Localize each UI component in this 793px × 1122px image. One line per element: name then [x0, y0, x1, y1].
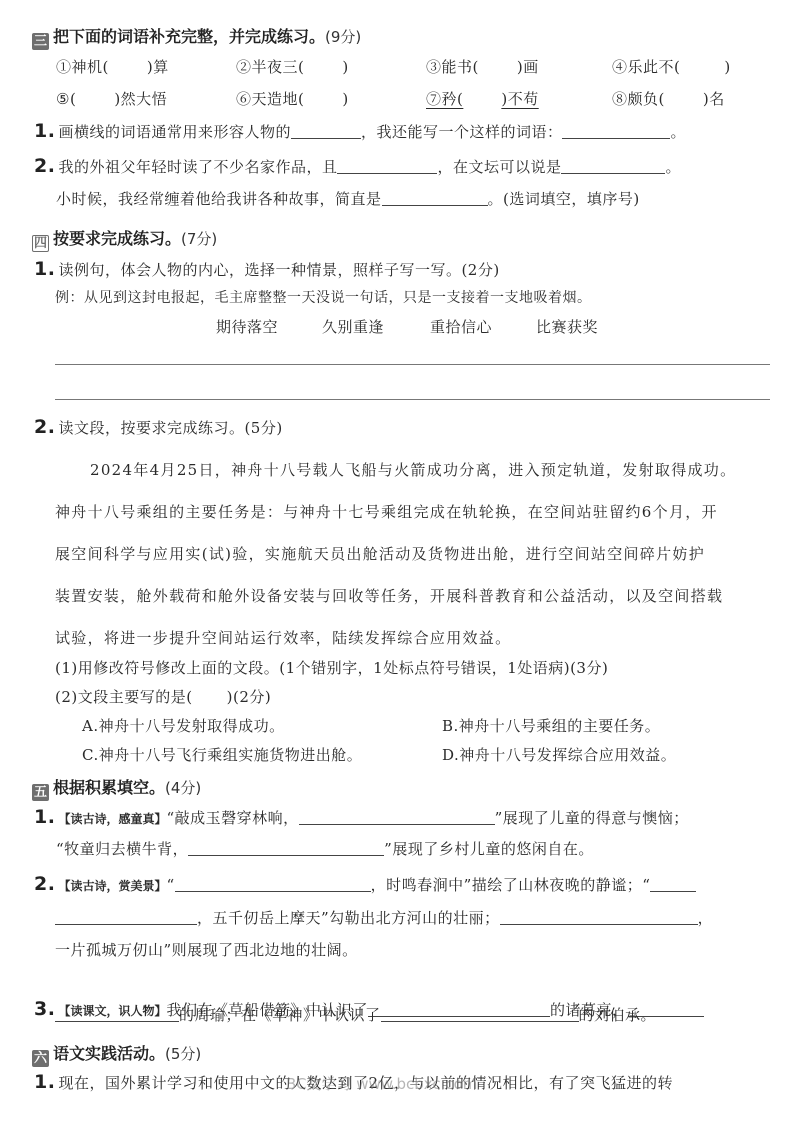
- scenario-2: 久别重逢: [322, 316, 384, 337]
- question-5-2-line3: 一片孤城万仞山”则展现了西北边地的壮阔。: [55, 939, 358, 960]
- section-number-badge: 五: [32, 784, 49, 801]
- word-item-7-underlined: ⑦矜()不苟: [426, 88, 539, 109]
- answer-blank[interactable]: [175, 877, 371, 892]
- section-3-heading: 三把下面的词语补充完整，并完成练习。(9分): [32, 24, 361, 50]
- section-points: (4分): [165, 779, 201, 797]
- question-5-3-line2-content: 的周瑜；在《军神》中认识了的刘伯承。: [55, 1004, 656, 1025]
- answer-blank[interactable]: [382, 191, 488, 206]
- option-d[interactable]: D.神舟十八号发挥综合应用效益。: [442, 744, 676, 765]
- passage-line-3: 展空间科学与应用实(试)验，实施航天员出舱活动及货物进出舱，进行空间站空间碎片妨…: [55, 543, 705, 564]
- section-number-badge: 四: [32, 235, 49, 252]
- section-points: (9分): [325, 28, 361, 46]
- question-3-2: 2.我的外祖父年轻时读了不少名家作品，且，在文坛可以说是。: [34, 155, 681, 177]
- passage-line-2: 神舟十八号乘组的主要任务是：与神舟十七号乘组完成在轨轮换，在空间站驻留约6个月，…: [55, 501, 718, 522]
- question-3-1: 1.画横线的词语通常用来形容人物的，我还能写一个这样的词语：。: [34, 120, 686, 142]
- question-3-2-line2: 小时候，我经常缠着他给我讲各种故事，简直是。(选词填空，填序号): [56, 188, 640, 209]
- section-5-heading: 五根据积累填空。(4分): [32, 775, 201, 801]
- section-title: 根据积累填空。: [53, 778, 165, 797]
- scenario-4: 比赛获奖: [536, 316, 598, 337]
- question-4-1: 1.读例句，体会人物的内心，选择一种情景，照样子写一写。(2分): [34, 258, 500, 280]
- answer-blank[interactable]: [188, 841, 384, 856]
- answer-blank[interactable]: [381, 1007, 579, 1022]
- word-item-8: ⑧颇负()名: [612, 88, 725, 109]
- sub-question-2: (2)文段主要写的是()(2分): [55, 686, 271, 707]
- word-item-5: ⑤()然大悟: [56, 88, 167, 109]
- answer-blank[interactable]: [55, 910, 197, 925]
- section-points: (5分): [165, 1045, 201, 1063]
- answer-blank[interactable]: [500, 910, 698, 925]
- question-5-1-line2: “牧童归去横牛背，”展现了乡村儿童的悠闲自在。: [56, 838, 594, 859]
- word-item-2: ②半夜三(): [236, 56, 349, 77]
- answer-blank[interactable]: [337, 159, 437, 174]
- section-title: 把下面的词语补充完整，并完成练习。: [53, 27, 325, 46]
- question-tag: 【读古诗，赏美景】: [58, 879, 166, 893]
- scenario-3: 重拾信心: [430, 316, 492, 337]
- option-c[interactable]: C.神舟十八号飞行乘组实施货物进出舱。: [82, 744, 362, 765]
- word-item-1: ①神机()算: [56, 56, 169, 77]
- passage-line-5: 试验，将进一步提升空间站运行效率，陆续发挥综合应用效益。: [55, 627, 511, 648]
- word-item-4: ④乐此不(): [612, 56, 731, 77]
- answer-blank[interactable]: [561, 159, 665, 174]
- answer-blank[interactable]: [55, 1007, 179, 1022]
- section-title: 按要求完成练习。: [53, 229, 181, 248]
- answer-blank[interactable]: [650, 877, 696, 892]
- section-points: (7分): [181, 230, 217, 248]
- question-5-2: 2.【读古诗，赏美景】“，时鸣春涧中”描绘了山林夜晚的静谧；“: [34, 873, 696, 895]
- section-number-badge: 三: [32, 33, 49, 50]
- word-item-6: ⑥天造地(): [236, 88, 349, 109]
- option-a[interactable]: A.神舟十八号发射取得成功。: [82, 715, 285, 736]
- answer-blank[interactable]: [562, 124, 670, 139]
- section-6-heading: 六语文实践活动。(5分): [32, 1041, 201, 1067]
- section-4-heading: 四按要求完成练习。(7分): [32, 226, 217, 252]
- writing-line[interactable]: [55, 364, 770, 365]
- question-5-1: 1.【读古诗，感童真】“敲成玉磬穿林响，”展现了儿童的得意与懊恼；: [34, 806, 689, 828]
- writing-line[interactable]: [55, 399, 770, 400]
- passage-line-4: 装置安装，舱外载荷和舱外设备安装与回收等任务，开展科普教育和公益活动，以及空间搭…: [55, 585, 723, 606]
- question-4-2: 2.读文段，按要求完成练习。(5分): [34, 416, 283, 438]
- option-b[interactable]: B.神舟十八号乘组的主要任务。: [442, 715, 660, 736]
- example-sentence: 例：从见到这封电报起，毛主席整整一天没说一句话，只是一支接着一支地吸着烟。: [55, 287, 592, 307]
- passage-line-1: 2024年4月25日，神舟十八号载人飞船与火箭成功分离，进入预定轨道，发射取得成…: [90, 459, 736, 480]
- section-number-badge: 六: [32, 1050, 49, 1067]
- word-item-3: ③能书()画: [426, 56, 539, 77]
- section-title: 语文实践活动。: [53, 1044, 165, 1063]
- answer-blank[interactable]: [299, 810, 495, 825]
- answer-blank[interactable]: [291, 124, 361, 139]
- watermark: BC文学习 www.bcbxc.com: [286, 1073, 477, 1094]
- sub-question-1: (1)用修改符号修改上面的文段。(1个错别字，1处标点符号错误，1处语病)(3分…: [55, 657, 608, 678]
- question-5-2-line2: ，五千仞岳上摩天”勾勒出北方河山的壮丽；，: [55, 907, 713, 928]
- scenario-1: 期待落空: [216, 316, 278, 337]
- question-tag: 【读古诗，感童真】: [58, 812, 166, 826]
